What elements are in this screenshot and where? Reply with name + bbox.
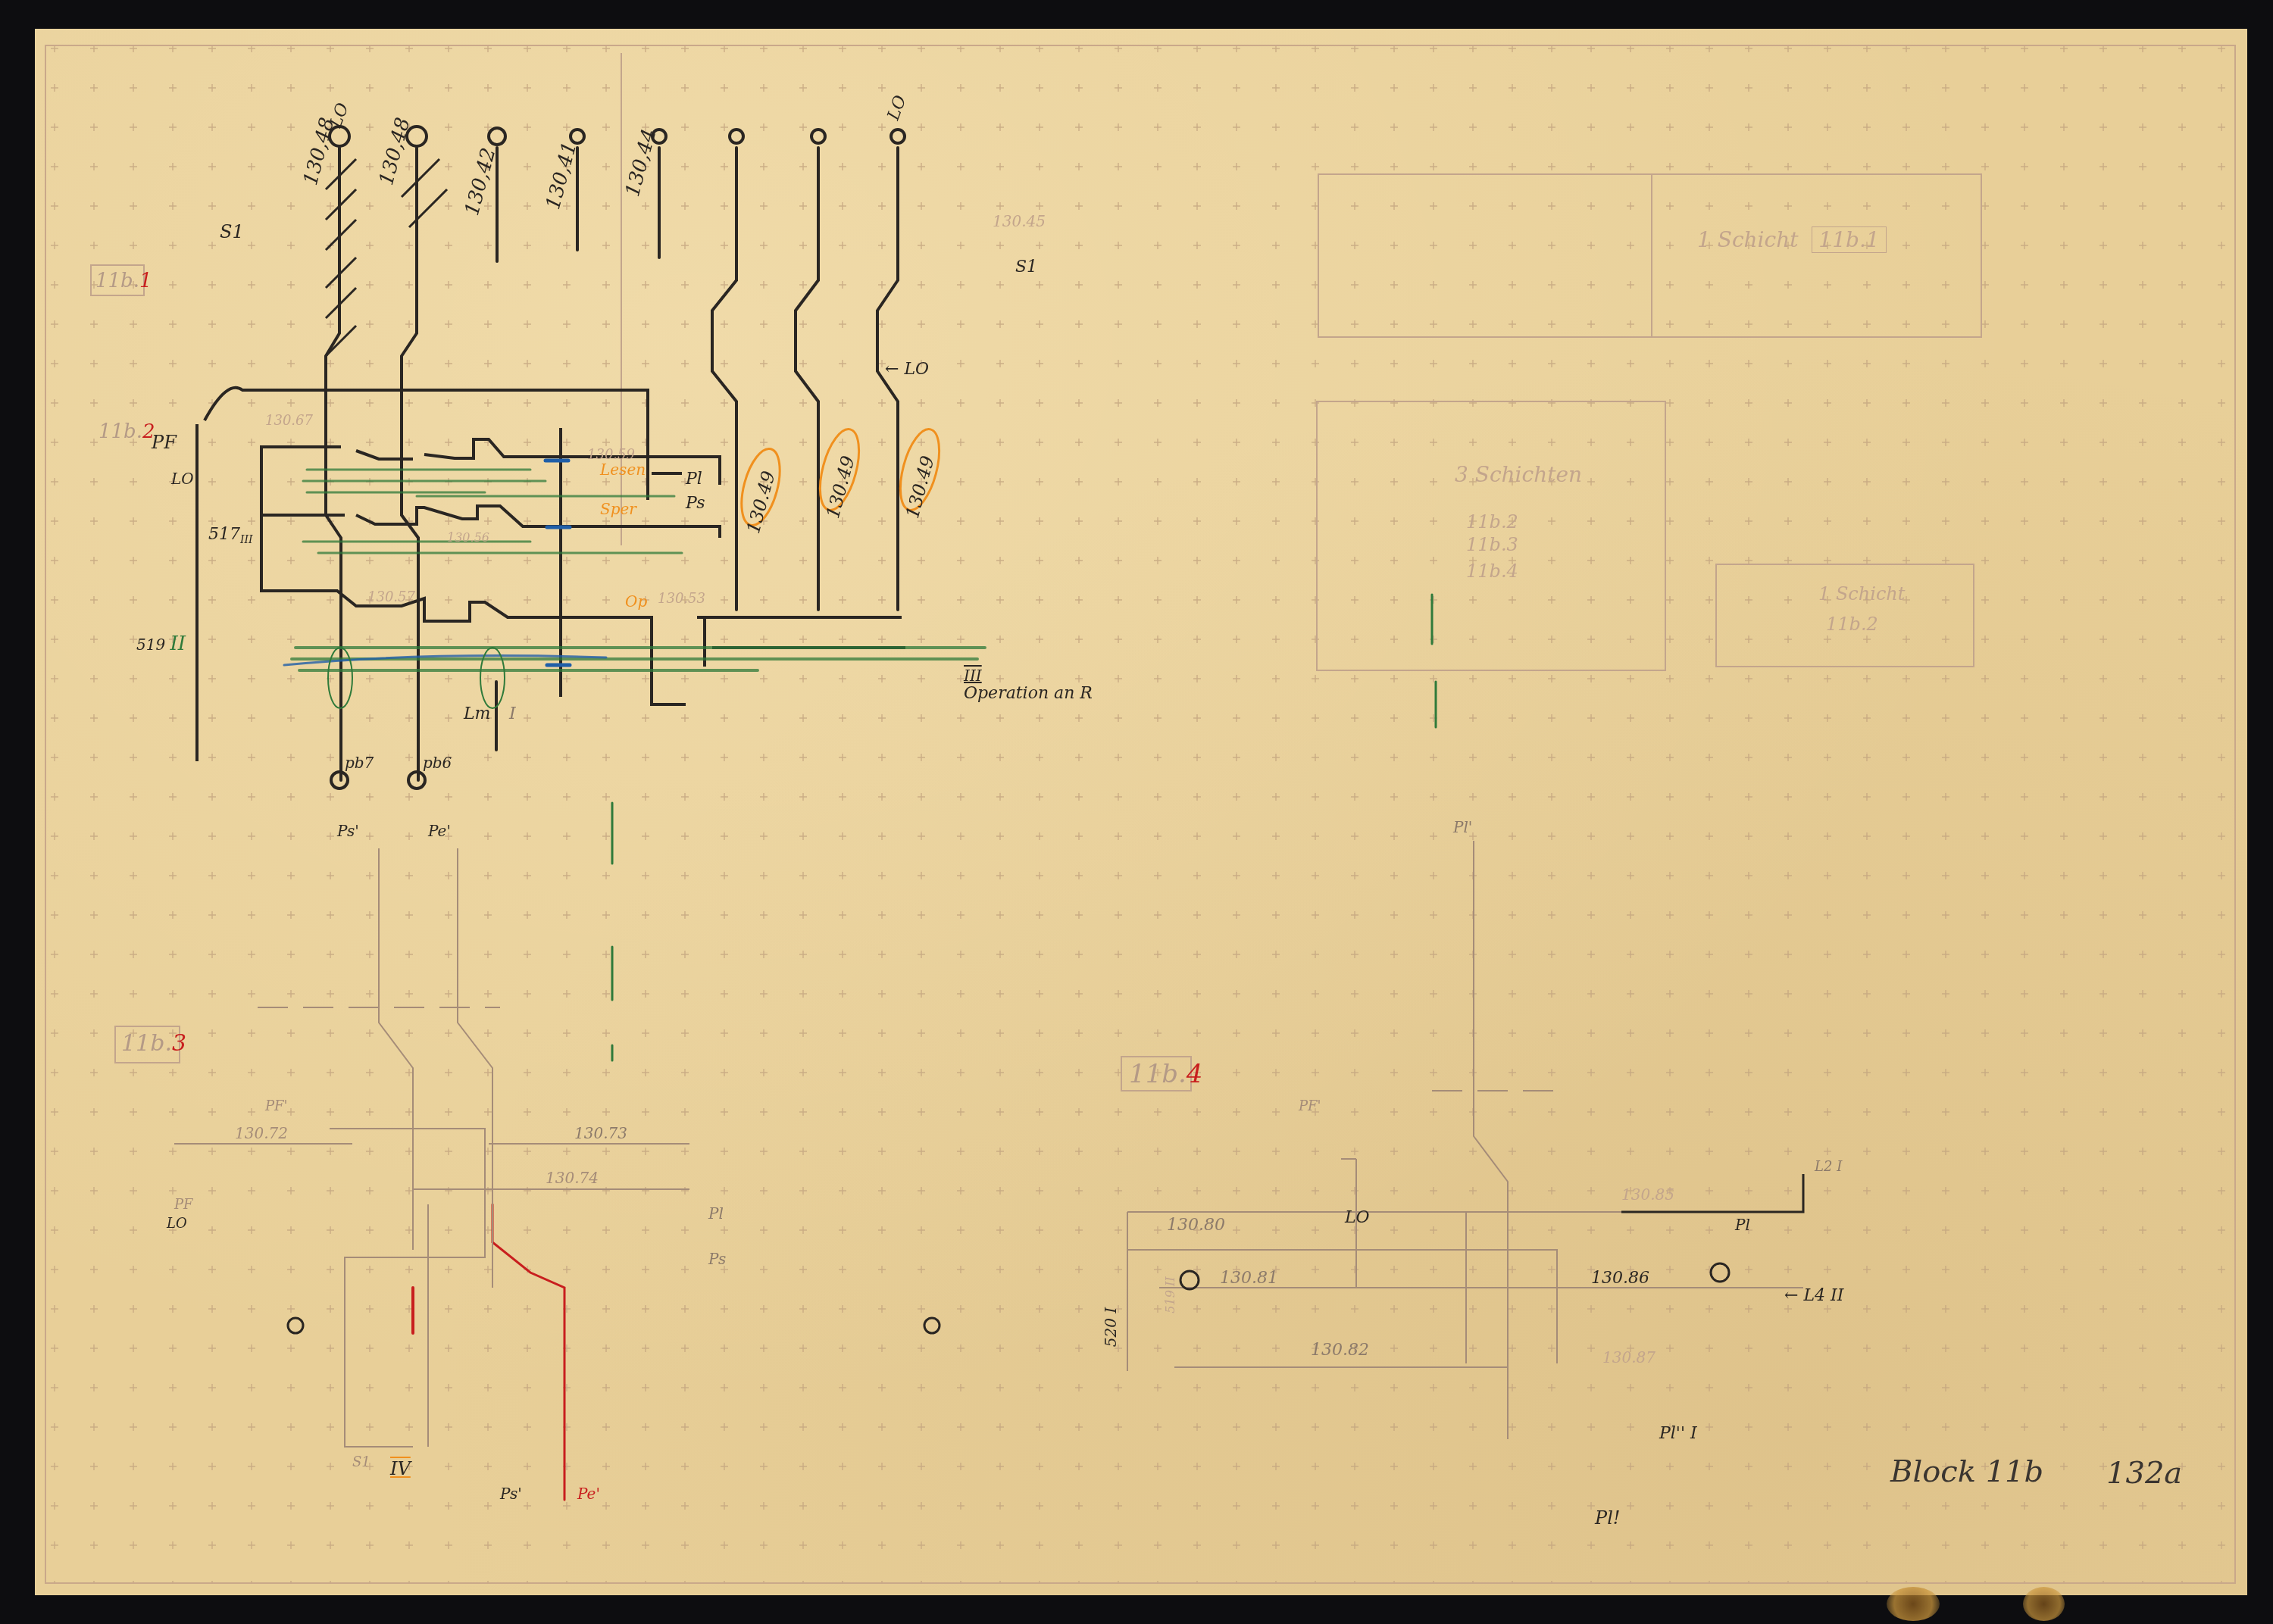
- vertical-label-5: 130,44: [621, 126, 661, 199]
- top-lo-right: LO: [884, 93, 911, 123]
- mb4-pl-bottom: Pl!: [1595, 1507, 1620, 1529]
- faint-level-1: 130.67: [265, 413, 313, 429]
- right-box-2-ref-3: 11b.4: [1466, 561, 1518, 582]
- mb4-level-130-87: 130.87: [1602, 1348, 1656, 1366]
- faint-level-2: 130.59: [587, 447, 635, 463]
- mb4-pl-double: Pl'' I: [1659, 1424, 1697, 1443]
- faint-level-130-45: 130.45: [993, 212, 1046, 230]
- mb4-level-130-81: 130.81: [1220, 1269, 1278, 1288]
- pb7-label: pb7: [345, 754, 374, 772]
- pb6-label: pb6: [423, 754, 452, 772]
- lesen-label: Lesen: [600, 461, 646, 479]
- faint-level-7: 130.53: [658, 591, 705, 607]
- section-label-mb4: 11b.4: [1129, 1059, 1202, 1089]
- vertical-label-2: 130,48: [375, 115, 415, 188]
- mb3-right-pl: Pl: [708, 1204, 724, 1223]
- operation-note: Operation an R: [964, 684, 1093, 703]
- mb4-level-130-80: 130.80: [1167, 1216, 1225, 1235]
- mb4-pf-prime: PF': [1299, 1098, 1321, 1114]
- mb3-left-pf: PF: [174, 1197, 193, 1213]
- s19-label: 519 II: [136, 632, 186, 655]
- document-title: Block 11b: [1890, 1454, 2043, 1489]
- sperr-label: Sper: [600, 500, 636, 518]
- s17-label: 517III: [208, 525, 253, 546]
- vertical-label-1: 130,48: [299, 115, 339, 188]
- pf-label: PF: [152, 432, 177, 453]
- s1-right-label: S1: [1015, 258, 1037, 276]
- ringed-label-2: 130.49: [822, 454, 859, 520]
- mb3-right-ps: Ps: [708, 1250, 726, 1268]
- right-box-2-ref-1: 11b.2: [1466, 511, 1518, 532]
- mb3-bottom-s1: S1: [352, 1454, 370, 1470]
- mb4-level-130-86: 130.86: [1591, 1269, 1649, 1288]
- text-layer: 11b.1 11b.2 11b.3 11b.4 S1 S1 130.45 LO …: [0, 0, 2273, 1624]
- mb3-level-130-73: 130.73: [574, 1124, 627, 1142]
- faint-level-6: 130.57: [367, 589, 415, 605]
- mb3-top-ps: Ps': [337, 822, 359, 840]
- right-box-3-text: 1 Schicht: [1818, 583, 1905, 604]
- mb4-l2: L2 I: [1815, 1159, 1842, 1175]
- right-box-1-text: 1 Schicht 11b.1: [1697, 227, 1887, 252]
- arrow-lo-label: ← LO: [885, 360, 929, 379]
- ps-label: Ps: [686, 494, 705, 513]
- faint-level-5: 130.56: [447, 530, 489, 545]
- section-label-mb2: 11b.2: [98, 420, 155, 443]
- section-label-mb1: 11b.1: [95, 270, 152, 292]
- lm-label: Lm: [464, 704, 490, 723]
- vertical-label-3: 130,42: [461, 145, 501, 218]
- mb3-bottom-pe-red: Pe': [577, 1485, 600, 1503]
- mb4-level-130-85: 130.85: [1621, 1185, 1674, 1204]
- vertical-label-4: 130,41: [542, 139, 582, 212]
- op-label: Op: [625, 592, 647, 611]
- mb3-bottom-ps: Ps': [500, 1485, 522, 1503]
- mb4-s20: 520 I: [1102, 1307, 1120, 1347]
- section-label-mb3: 11b.3: [121, 1030, 186, 1057]
- s1-left-label: S1: [220, 221, 244, 242]
- mb4-l4: ← L4 II: [1784, 1286, 1843, 1305]
- roman-one-label: I: [509, 704, 516, 723]
- sheet-number: 132a: [2106, 1456, 2182, 1491]
- ringed-label-1: 130.49: [743, 469, 780, 536]
- mb3-left-lo: LO: [167, 1216, 187, 1232]
- stain-2: [2023, 1587, 2065, 1621]
- mb4-pl: Pl: [1735, 1216, 1750, 1234]
- mb3-pf-prime: PF': [265, 1098, 288, 1114]
- right-box-2-text: 3 Schichten: [1455, 462, 1582, 487]
- mb4-s19: 519 II: [1163, 1276, 1177, 1313]
- mb4-top-label: Pl': [1453, 818, 1472, 836]
- mb4-lo: LO: [1345, 1208, 1370, 1227]
- stain-1: [1887, 1587, 1940, 1621]
- mb3-level-130-72: 130.72: [235, 1124, 288, 1142]
- mb3-level-130-74: 130.74: [546, 1169, 599, 1187]
- right-box-2-ref-2: 11b.3: [1466, 534, 1518, 555]
- ringed-label-3: 130.49: [902, 454, 939, 520]
- pl-label: Pl: [686, 470, 702, 489]
- right-box-3-ref: 11b.2: [1826, 614, 1878, 635]
- mb3-bottom-roman: IV: [390, 1458, 411, 1479]
- operation-roman: III: [964, 667, 982, 685]
- mb3-top-pe: Pe': [428, 822, 451, 840]
- lo-label: LO: [171, 470, 194, 488]
- mb4-level-130-82: 130.82: [1311, 1341, 1369, 1360]
